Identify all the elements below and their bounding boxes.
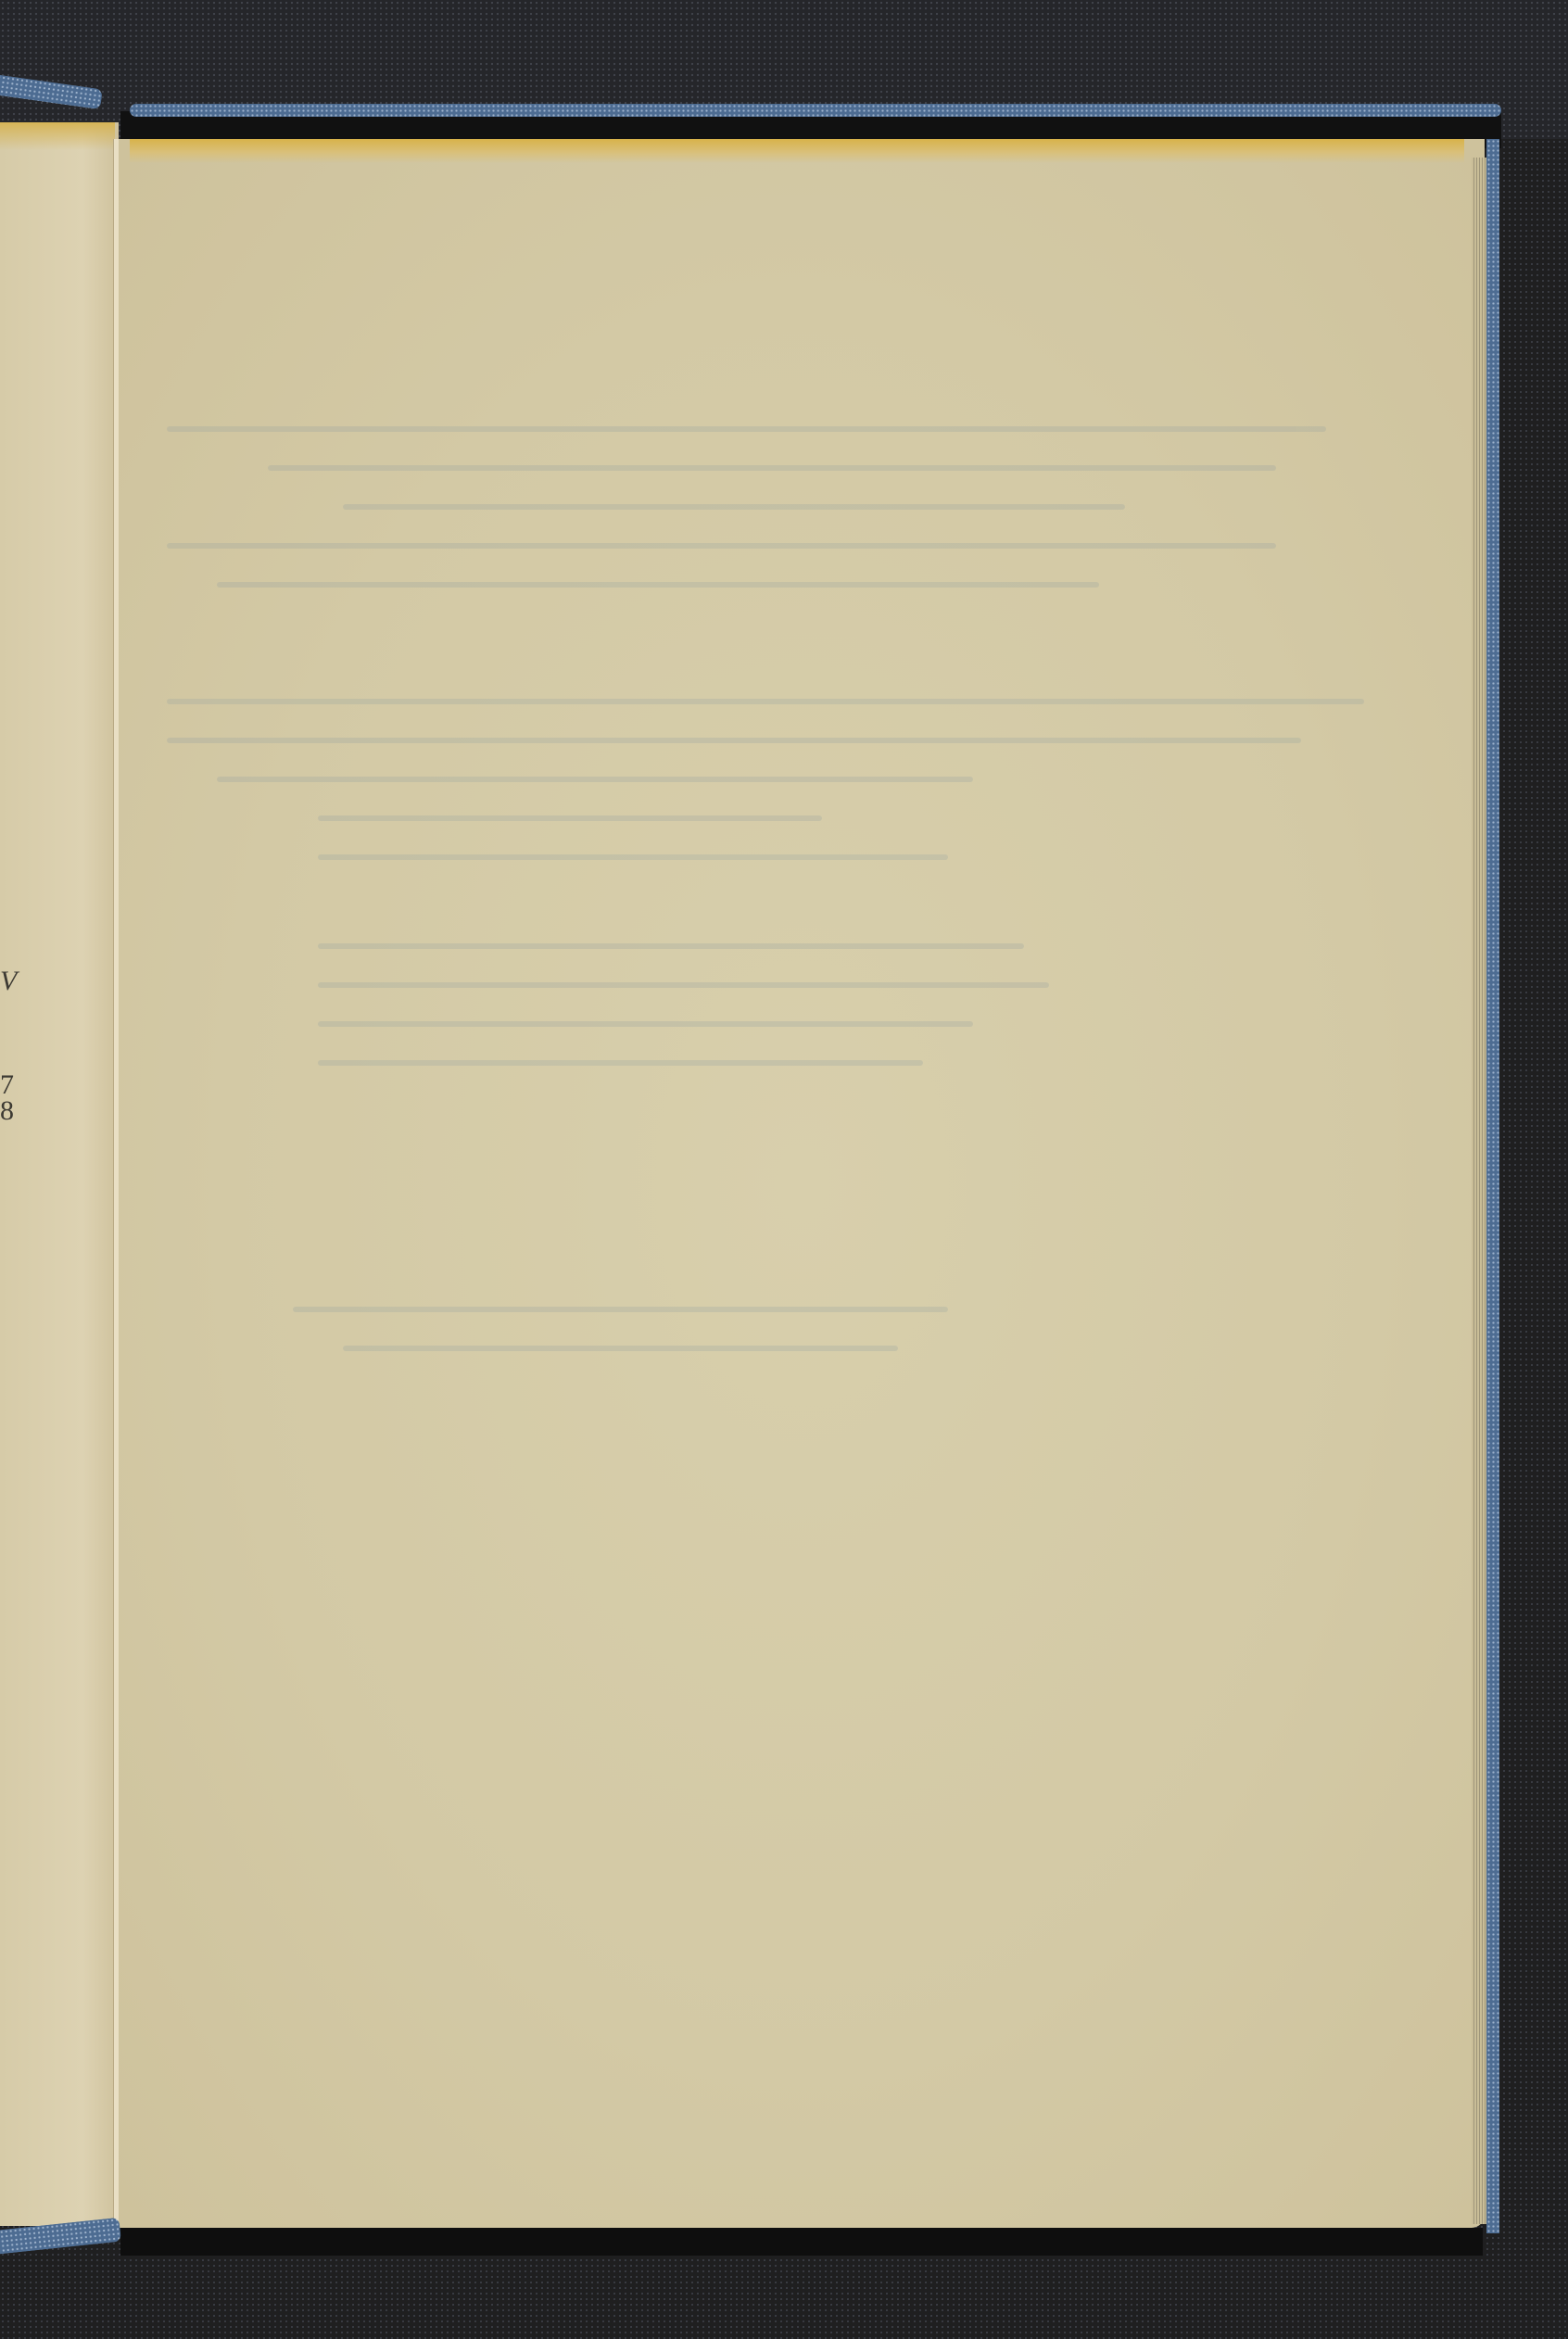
left-page-fragment-8: 8 <box>0 1095 14 1127</box>
edge-stain-top <box>130 139 1464 163</box>
edge-stain-left <box>0 122 115 150</box>
page-block-edges <box>1472 158 1486 2224</box>
cloth-binding-right-edge <box>1486 139 1499 2233</box>
bottom-shadow <box>120 2228 1483 2256</box>
show-through-text <box>167 426 1427 2094</box>
left-page: V 7 8 <box>0 122 119 2226</box>
left-page-fragment-v: V <box>0 966 17 997</box>
cloth-binding-top <box>130 104 1501 117</box>
